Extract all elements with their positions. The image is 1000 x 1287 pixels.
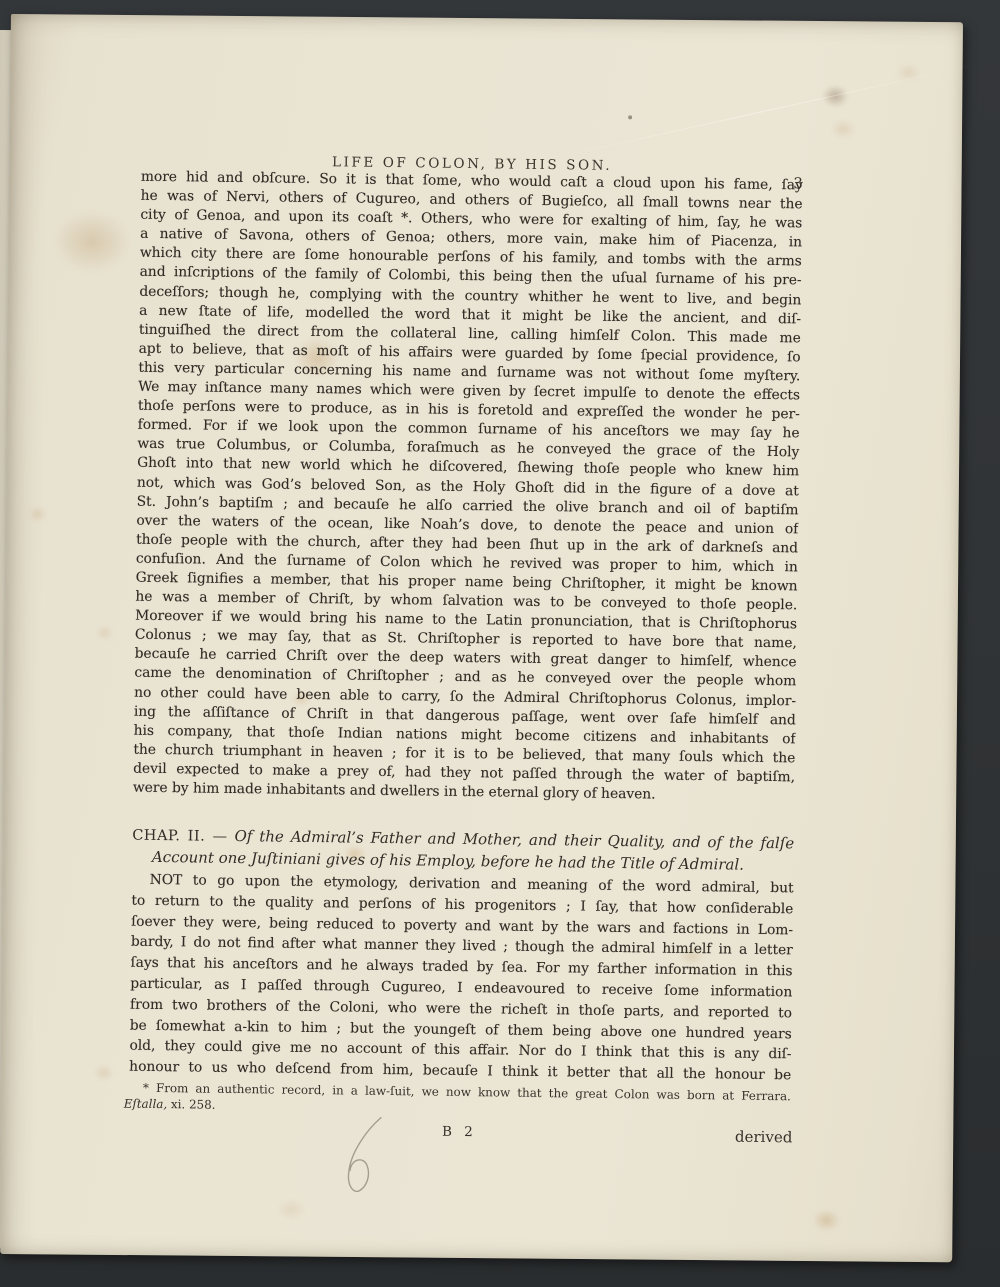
catchword: derived: [735, 1128, 793, 1147]
body-text: more hid and obſcure. So it is that ſome…: [128, 168, 803, 1149]
paper-page: LIFE OF COLON, BY HIS SON. 3 more hid an…: [0, 14, 963, 1262]
paragraph-1: more hid and obſcure. So it is that ſome…: [133, 168, 803, 807]
footnote-reference: xi. 258.: [171, 1097, 216, 1112]
chapter-heading: CHAP. II. — Of the Admiral’s Father and …: [132, 824, 795, 877]
footnote-work-title: Eſtalla,: [124, 1097, 168, 1112]
signature-row: B 2 derived: [128, 1120, 790, 1149]
signature-mark: B 2: [128, 1120, 790, 1145]
chapter-label: CHAP. II. —: [132, 828, 227, 845]
page-content: LIFE OF COLON, BY HIS SON. 3 more hid an…: [0, 14, 963, 1266]
scan-background: LIFE OF COLON, BY HIS SON. 3 more hid an…: [0, 0, 1000, 1287]
paragraph-2: NOT to go upon the etymology, derivation…: [129, 870, 794, 1087]
footnote: * From an authentic record, in a law-ſui…: [129, 1080, 791, 1121]
